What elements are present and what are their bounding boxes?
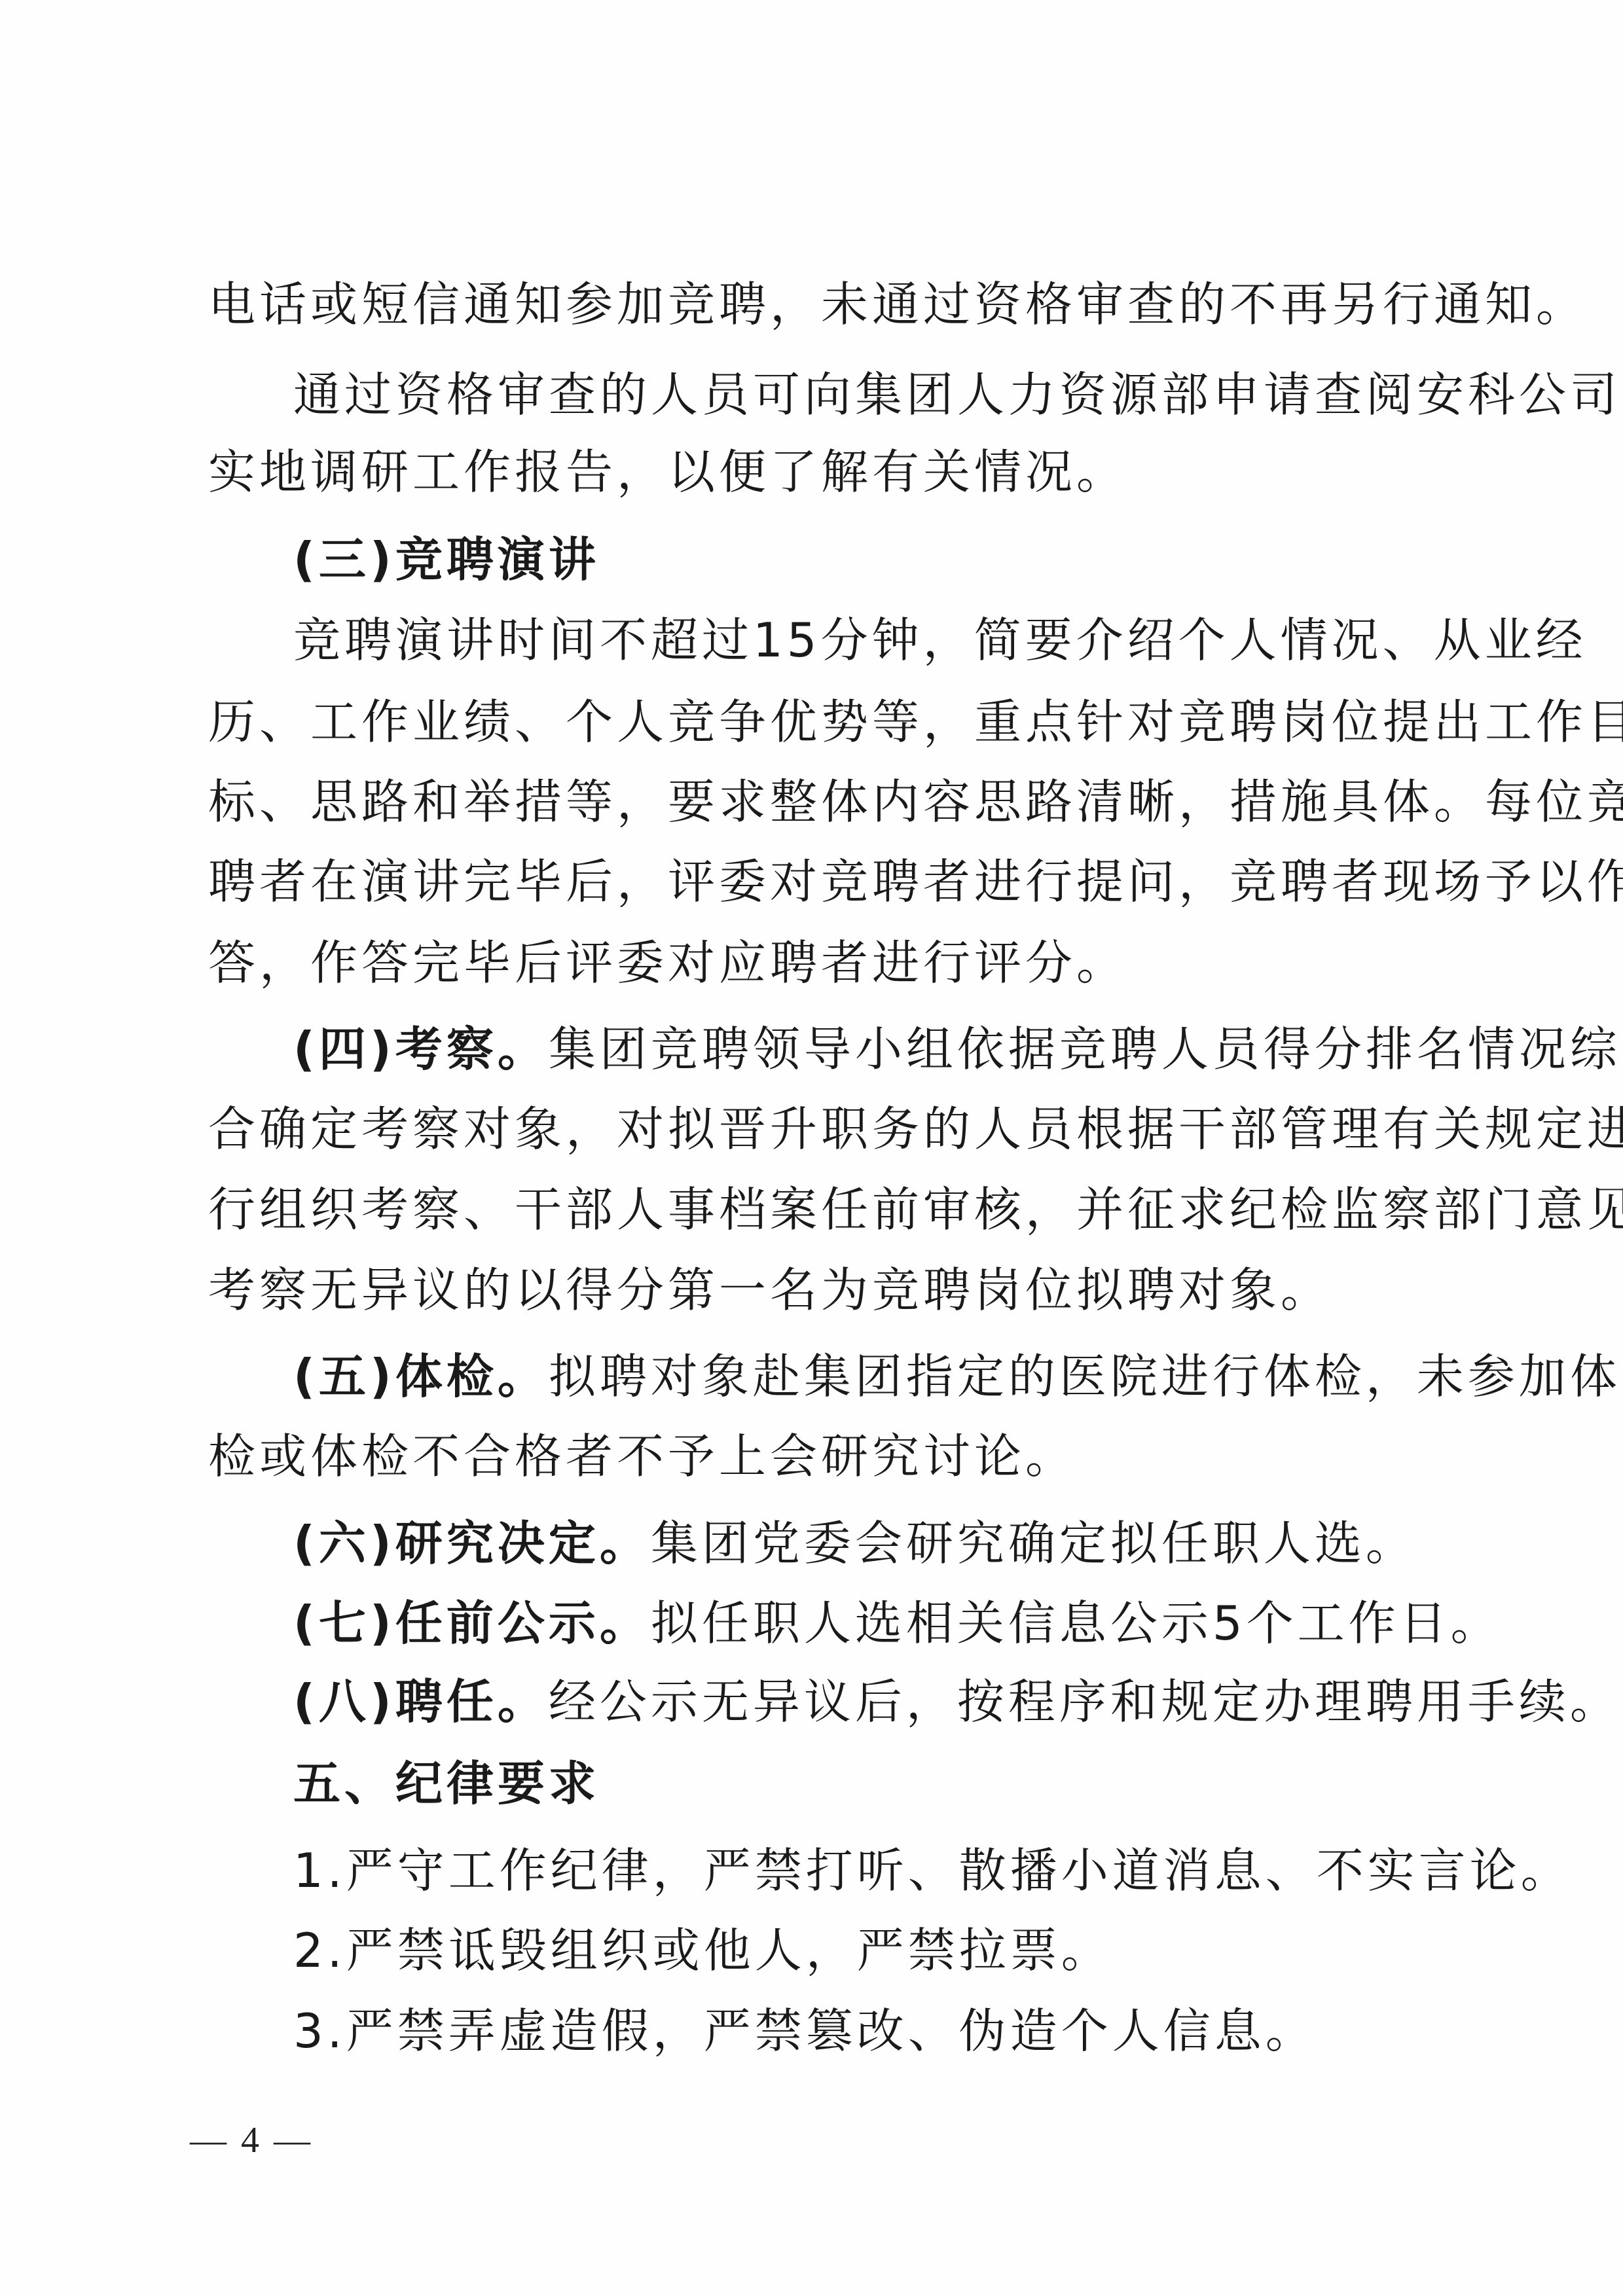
section-heading-3: (三)竞聘演讲: [293, 530, 600, 589]
item-lead: (四)考察。: [293, 1022, 549, 1077]
item-text: 集团竞聘领导小组依据竞聘人员得分排名情况综: [549, 1022, 1621, 1077]
item-text: 经公示无异议后，按程序和规定办理聘用手续。: [549, 1674, 1621, 1729]
page-number: — 4 —: [190, 2117, 313, 2163]
paragraph-line: 历、工作业绩、个人竞争优势等，重点针对竞聘岗位提出工作目: [208, 692, 1623, 751]
paragraph-line: 考察无异议的以得分第一名为竞聘岗位拟聘对象。: [208, 1261, 1332, 1319]
item-lead: (七)任前公示。: [293, 1596, 651, 1651]
paragraph-line: (五)体检。拟聘对象赴集团指定的医院进行体检，未参加体: [293, 1347, 1621, 1406]
paragraph-line: 标、思路和举措等，要求整体内容思路清晰，措施具体。每位竞: [208, 772, 1623, 831]
item-text: 拟聘对象赴集团指定的医院进行体检，未参加体: [549, 1349, 1621, 1404]
item-lead: (五)体检。: [293, 1349, 549, 1404]
paragraph-line: 检或体检不合格者不予上会研究讨论。: [208, 1427, 1076, 1486]
item-lead: (八)聘任。: [293, 1674, 549, 1729]
document-page: 电话或短信通知参加竞聘，未通过资格审查的不再另行通知。 通过资格审查的人员可向集…: [0, 0, 1623, 2296]
paragraph-line: 行组织考察、干部人事档案任前审核，并征求纪检监察部门意见。: [208, 1180, 1623, 1239]
paragraph-line: 答，作答完毕后评委对应聘者进行评分。: [208, 933, 1127, 992]
paragraph-line: 聘者在演讲完毕后，评委对竞聘者进行提问，竞聘者现场予以作: [208, 852, 1623, 911]
paragraph-line: 竞聘演讲时间不超过15分钟，简要介绍个人情况、从业经: [293, 611, 1587, 670]
item-lead: (六)研究决定。: [293, 1516, 651, 1571]
rule-item-3: 3.严禁弄虚造假，严禁篡改、伪造个人信息。: [293, 2001, 1317, 2060]
paragraph-line: 合确定考察对象，对拟晋升职务的人员根据干部管理有关规定进: [208, 1100, 1623, 1158]
section-heading-5: 五、纪律要求: [293, 1754, 600, 1813]
rule-item-1: 1.严守工作纪律，严禁打听、散播小道消息、不实言论。: [293, 1841, 1572, 1900]
paragraph-line: 通过资格审查的人员可向集团人力资源部申请查阅安科公司: [293, 365, 1621, 424]
paragraph-line: (四)考察。集团竞聘领导小组依据竞聘人员得分排名情况综: [293, 1020, 1621, 1079]
paragraph-line: (七)任前公示。拟任职人选相关信息公示5个工作日。: [293, 1594, 1502, 1653]
paragraph-line: 实地调研工作报告，以便了解有关情况。: [208, 442, 1127, 501]
paragraph-line: (八)聘任。经公示无异议后，按程序和规定办理聘用手续。: [293, 1672, 1621, 1731]
item-text: 拟任职人选相关信息公示5个工作日。: [651, 1596, 1502, 1651]
item-text: 集团党委会研究确定拟任职人选。: [651, 1516, 1417, 1571]
rule-item-2: 2.严禁诋毁组织或他人，严禁拉票。: [293, 1921, 1112, 1980]
paragraph-line: (六)研究决定。集团党委会研究确定拟任职人选。: [293, 1514, 1417, 1573]
paragraph-line: 电话或短信通知参加竞聘，未通过资格审查的不再另行通知。: [208, 275, 1587, 334]
